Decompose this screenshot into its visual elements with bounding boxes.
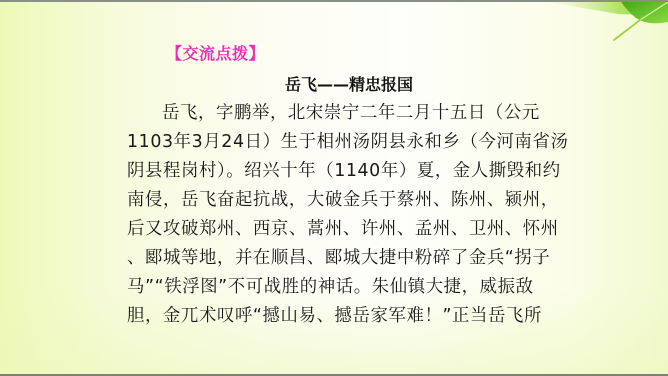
body-line: 南侵，岳飞奋起抗战，大破金兵于蔡州、陈州、颍州， bbox=[127, 186, 533, 215]
body-line: 、郾城等地，并在顺昌、郾城大捷中粉碎了金兵“拐子 bbox=[127, 244, 533, 273]
body-line: 岳飞，字鹏举，北宋崇宁二年二月十五日（公元 bbox=[127, 99, 533, 128]
section-tag: 【交流点拨】 bbox=[166, 41, 265, 64]
body-line: 马”“铁浮图”不可战胜的神话。朱仙镇大捷，威振敌 bbox=[127, 273, 533, 302]
body-line: 胆，金兀术叹呼“撼山易、撼岳家军难！”正当岳飞所 bbox=[127, 302, 533, 331]
slide: 【交流点拨】 岳飞——精忠报国 岳飞，字鹏举，北宋崇宁二年二月十五日（公元 11… bbox=[0, 0, 668, 376]
article-title: 岳飞——精忠报国 bbox=[0, 72, 668, 95]
body-line: 后又攻破郑州、西京、蒿州、许州、孟州、卫州、怀州 bbox=[127, 215, 533, 244]
body-line: 1103年3月24日）生于相州汤阴县永和乡（今河南省汤 bbox=[127, 128, 533, 157]
slide-top-border bbox=[0, 0, 668, 2]
body-line: 阴县程岗村）。绍兴十年（1140年）夏，金人撕毁和约 bbox=[127, 157, 533, 186]
green-leaf-icon bbox=[548, 0, 668, 48]
article-body: 岳飞，字鹏举，北宋崇宁二年二月十五日（公元 1103年3月24日）生于相州汤阴县… bbox=[127, 99, 533, 331]
